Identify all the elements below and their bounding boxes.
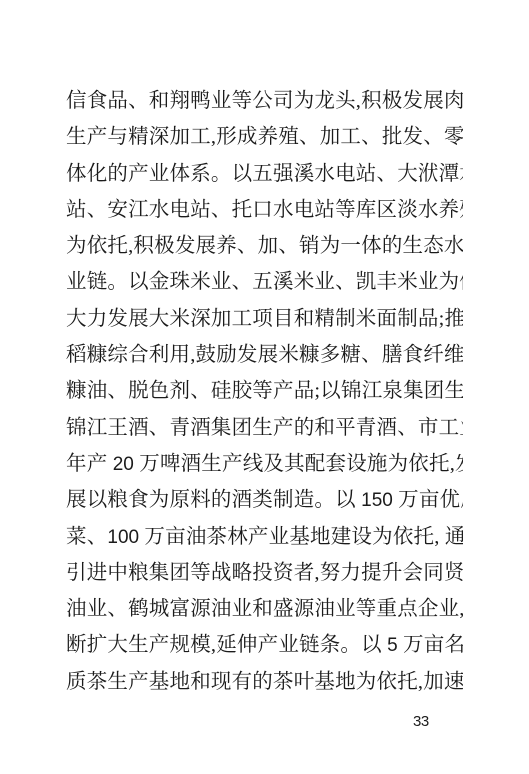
- text-line: 年产 20 万啤酒生产线及其配套设施为依托,发: [66, 446, 463, 482]
- numeral: 100: [107, 527, 139, 548]
- text-line: 锦江王酒、青酒集团生产的和平青酒、市工业园: [66, 410, 463, 446]
- text-line: 业链。以金珠米业、五溪米业、凯丰米业为依托,: [66, 264, 463, 300]
- text-line: 引进中粮集团等战略投资者,努力提升会同贤胜: [66, 555, 463, 591]
- page-number: 33: [413, 713, 429, 730]
- text-line: 稻糠综合利用,鼓励发展米糠多糖、膳食纤维、米: [66, 337, 463, 373]
- text-line: 质茶生产基地和现有的茶叶基地为依托,加速推: [66, 664, 463, 700]
- text-line: 展以粮食为原料的酒类制造。以 150 万亩优质油: [66, 482, 463, 518]
- text-line: 站、安江水电站、托口水电站等库区淡水养殖业: [66, 192, 463, 228]
- text-line: 信食品、和翔鸭业等公司为龙头,积极发展肉类: [66, 83, 463, 119]
- body-text-paragraph: 信食品、和翔鸭业等公司为龙头,积极发展肉类生产与精深加工,形成养殖、加工、批发、…: [66, 83, 463, 700]
- numeral: 5: [387, 635, 398, 656]
- text-line: 体化的产业体系。以五强溪水电站、大洑潭水电: [66, 156, 463, 192]
- text-line: 大力发展大米深加工项目和精制米面制品;推进: [66, 301, 463, 337]
- text-line: 生产与精深加工,形成养殖、加工、批发、零售一: [66, 119, 463, 155]
- text-line: 菜、100 万亩油茶林产业基地建设为依托, 通过: [66, 519, 463, 555]
- text-line: 断扩大生产规模,延伸产业链条。以 5 万亩名优: [66, 627, 463, 663]
- document-page: 信食品、和翔鸭业等公司为龙头,积极发展肉类生产与精深加工,形成养殖、加工、批发、…: [0, 0, 529, 774]
- text-line: 糠油、脱色剂、硅胶等产品;以锦江泉集团生产的: [66, 373, 463, 409]
- numeral: 150: [361, 490, 393, 511]
- numeral: 20: [113, 454, 134, 475]
- text-line: 为依托,积极发展养、加、销为一体的生态水产产: [66, 228, 463, 264]
- text-line: 油业、鹤城富源油业和盛源油业等重点企业,不: [66, 591, 463, 627]
